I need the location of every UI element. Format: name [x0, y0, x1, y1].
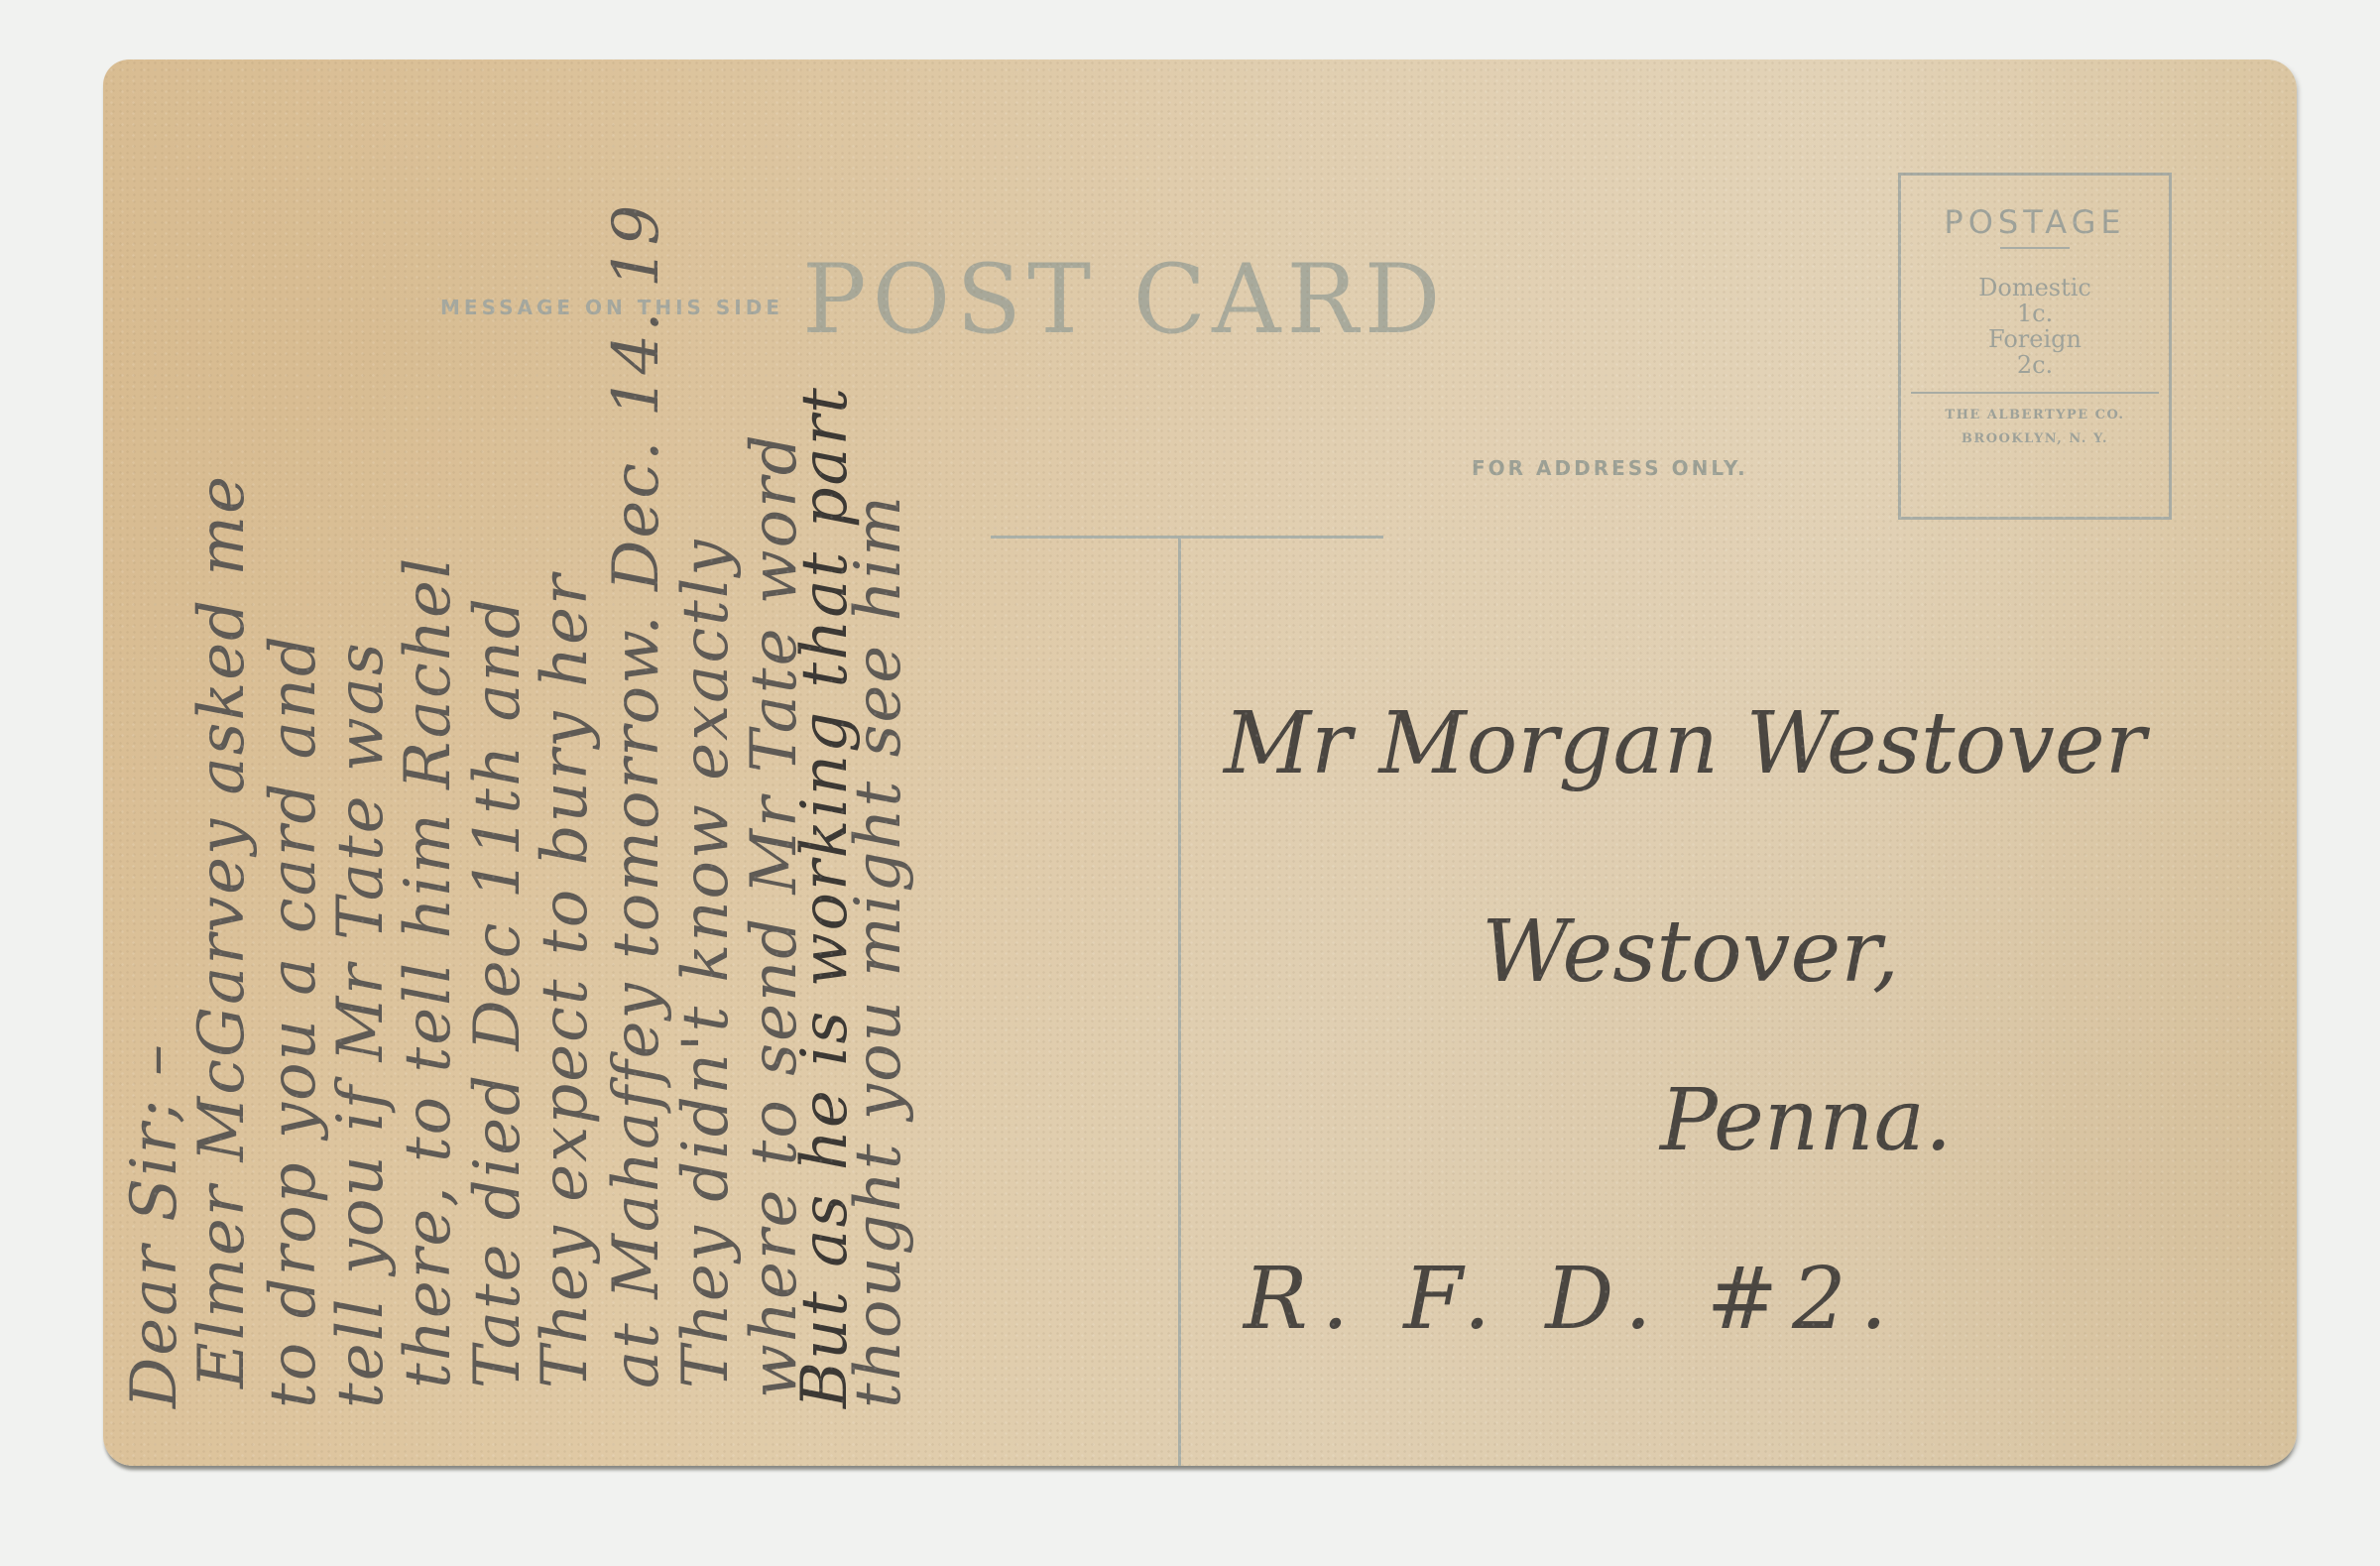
address-state: Penna.: [1660, 1071, 1952, 1170]
message-line: They expect to bury her: [534, 572, 597, 1388]
address-side-label: FOR ADDRESS ONLY.: [1472, 456, 1748, 480]
postcard: POST CARD MESSAGE ON THIS SIDE FOR ADDRE…: [103, 60, 2297, 1466]
message-line: They didn't know exactly: [674, 538, 738, 1388]
message-line: thought you might see him: [847, 494, 910, 1408]
stamp-domestic-rate: 1c.: [1901, 301, 2169, 326]
stamp-box: POSTAGE Domestic 1c. Foreign 2c. THE ALB…: [1898, 173, 2172, 520]
address-recipient: Mr Morgan Westover: [1224, 694, 2146, 793]
postcard-title: POST CARD: [802, 244, 1447, 355]
stamp-domestic-label: Domestic: [1901, 275, 2169, 301]
stamp-rule: [2000, 247, 2070, 249]
divider-vertical: [1178, 536, 1181, 1466]
stamp-foreign-label: Foreign: [1901, 326, 2169, 352]
address-route: R. F. D. #2.: [1244, 1250, 1901, 1349]
publisher-name: THE ALBERTYPE CO.: [1901, 404, 2169, 427]
message-line: Dear Sir; –: [123, 1042, 186, 1408]
divider-horizontal: [991, 536, 1383, 539]
address-town: Westover,: [1482, 903, 1899, 1002]
message-line: to drop you a card and: [262, 634, 325, 1408]
message-line: Elmer McGarvey asked me: [190, 474, 254, 1388]
stamp-rule-long: [1911, 392, 2159, 394]
stamp-foreign-rate: 2c.: [1901, 352, 2169, 378]
message-line: at Mahaffey tomorrow. Dec. 14. 19: [605, 203, 668, 1388]
publisher-city: BROOKLYN, N. Y.: [1901, 427, 2169, 451]
stamp-heading: POSTAGE: [1901, 203, 2169, 241]
message-line: there, to tell him Rachel: [397, 556, 460, 1388]
message-line: tell you if Mr Tate was: [329, 641, 393, 1408]
message-line: Tate died Dec 11th and: [466, 596, 530, 1388]
